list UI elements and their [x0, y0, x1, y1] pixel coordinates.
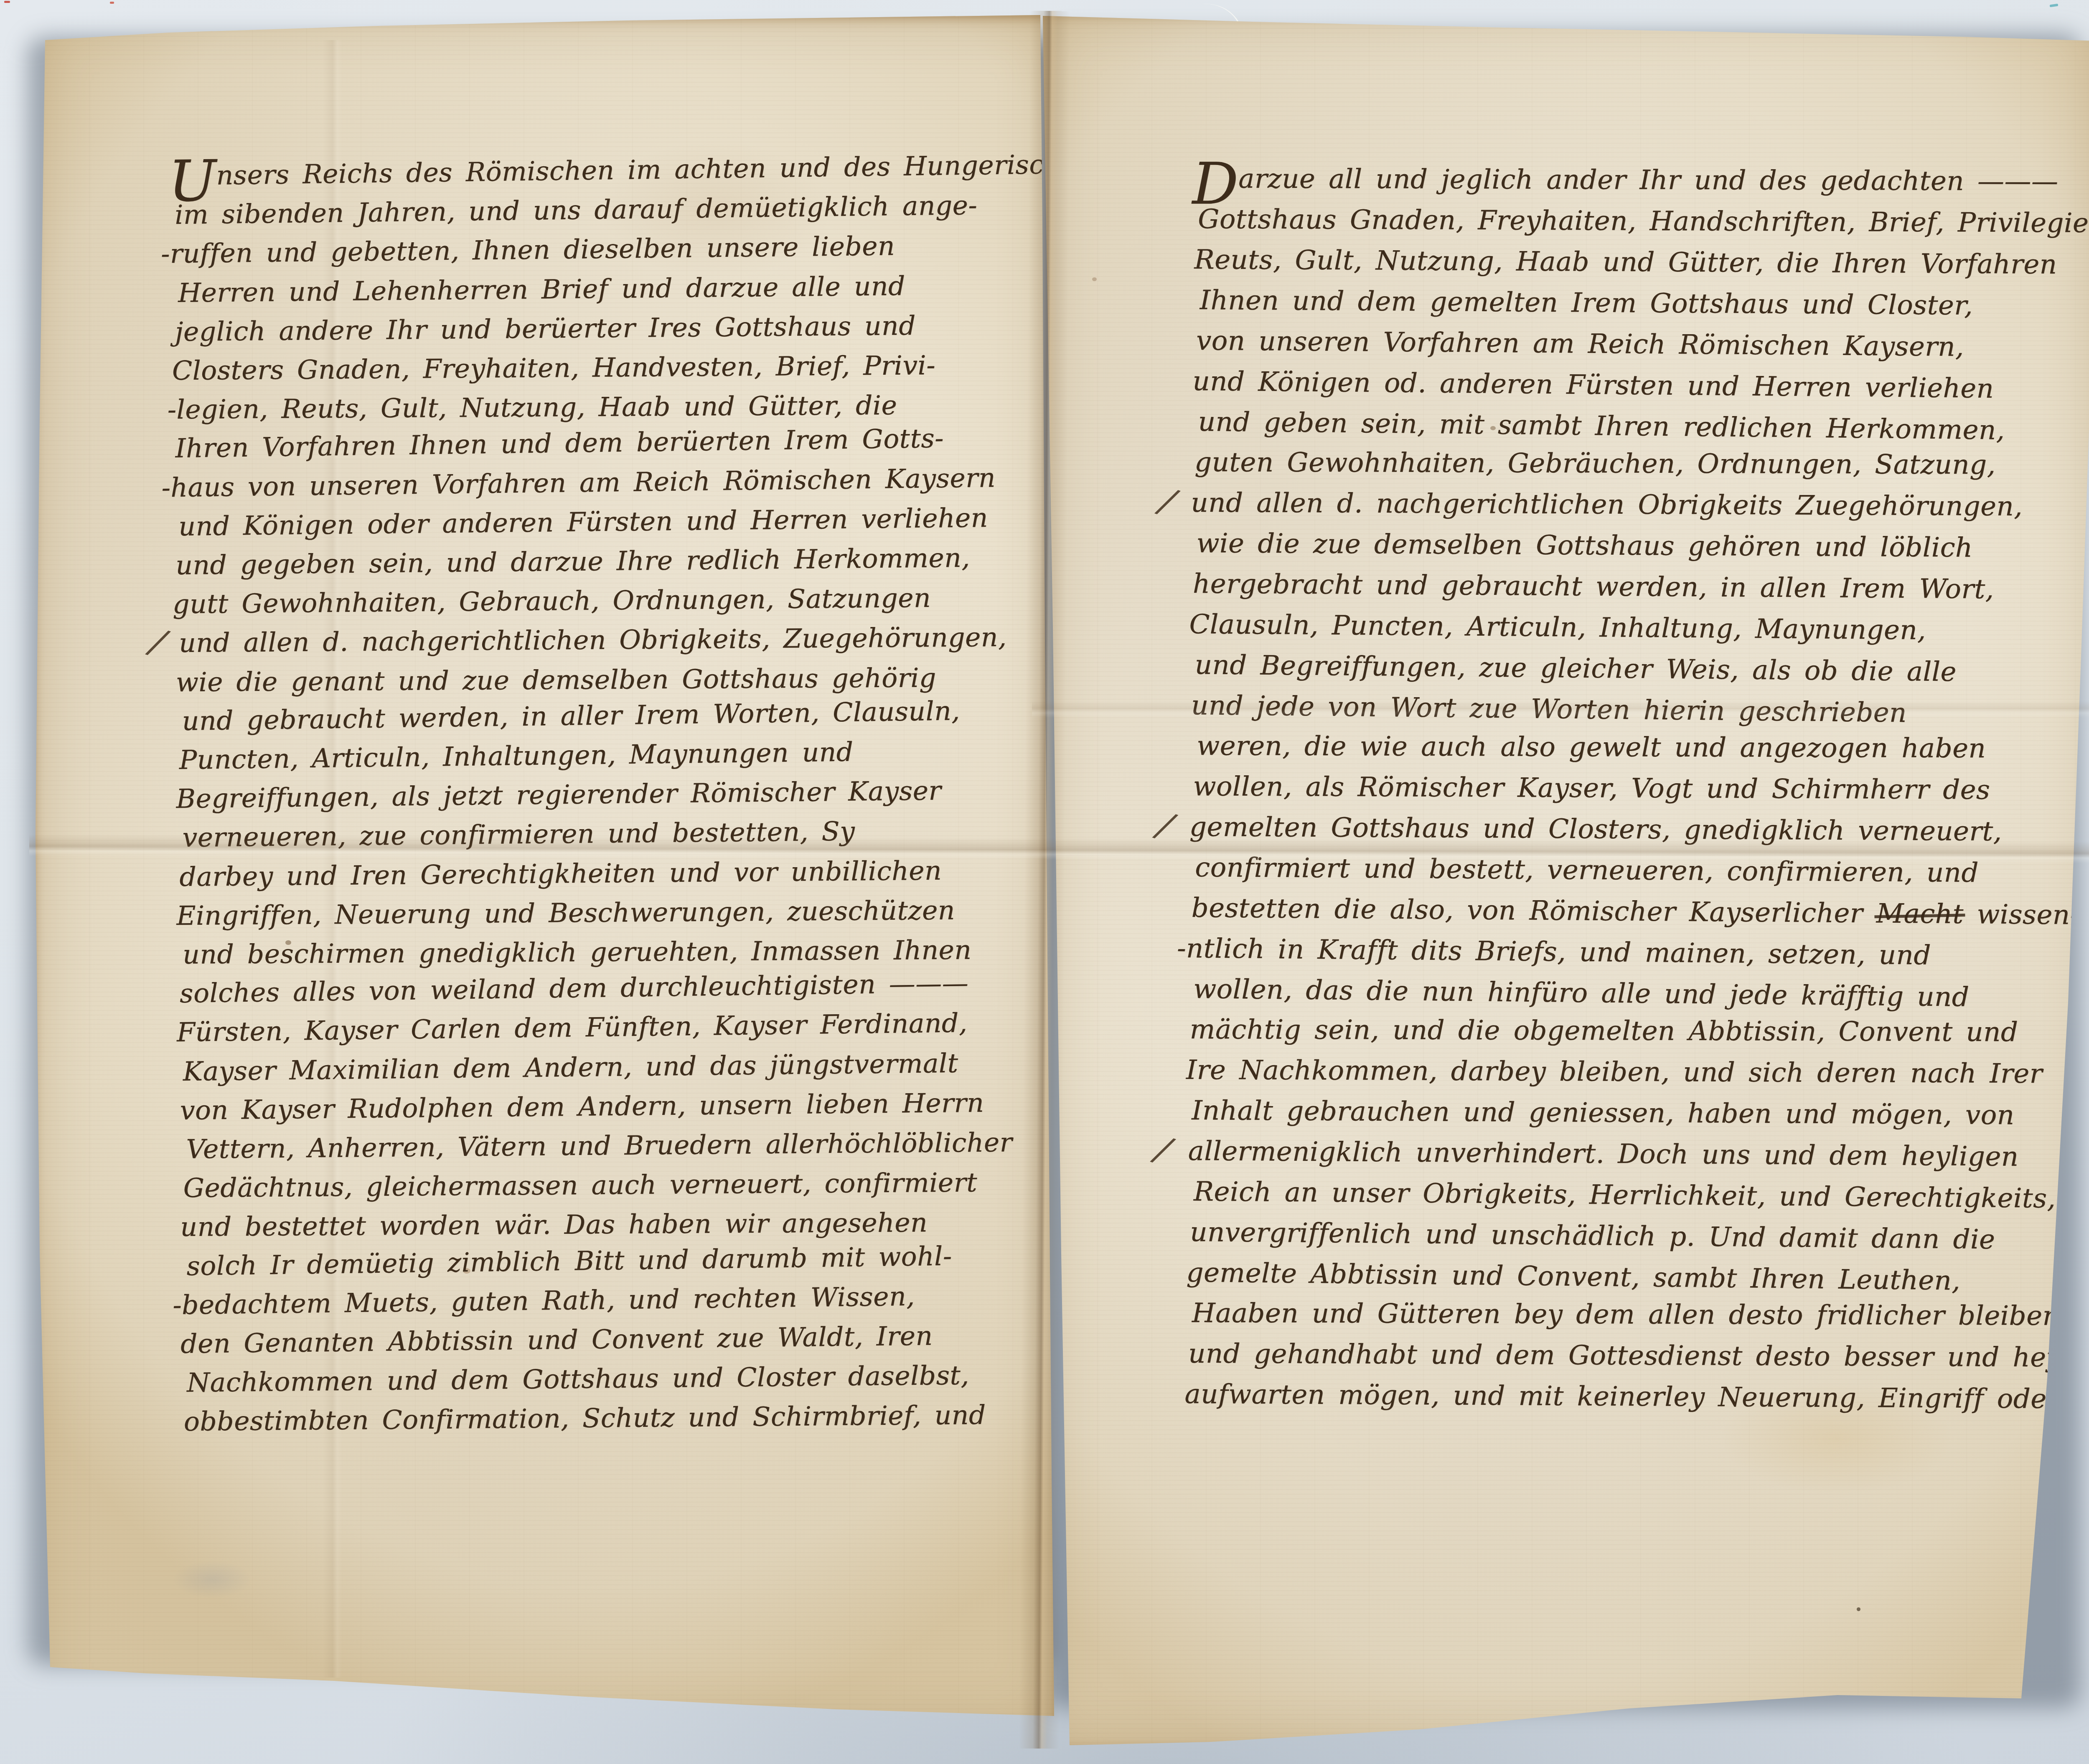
ink-stain: [1092, 277, 1097, 281]
manuscript-line: Haaben und Gütteren bey dem allen desto …: [1192, 1300, 2069, 1330]
manuscript-line: Closters Gnaden, Freyhaiten, Handvesten,…: [172, 352, 935, 384]
manuscript-page-left: Unsers Reichs des Römischen im achten un…: [35, 15, 1054, 1728]
manuscript-line: solch Ir demüetig zimblich Bitt und daru…: [186, 1243, 952, 1279]
manuscript-line: Ihren Vorfahren Ihnen und dem berüerten …: [175, 425, 944, 462]
manuscript-line: und Königen od. anderen Fürsten und Herr…: [1192, 368, 1994, 402]
manuscript-line: und gebraucht werden, in aller Irem Wort…: [182, 698, 960, 734]
manuscript-line: Gedächtnus, gleichermassen auch verneuer…: [183, 1169, 977, 1201]
manuscript-line: wollen, als Römischer Kayser, Vogt und S…: [1193, 773, 1990, 804]
manuscript-line: allermenigklich unverhindert. Doch uns u…: [1188, 1138, 2018, 1170]
manuscript-line: -ntlich in Krafft dits Briefs, und maine…: [1177, 935, 1931, 969]
margin-slash-mark: /: [1154, 807, 1177, 845]
red-speck: [110, 2, 114, 4]
manuscript-line: und allen d. nachgerichtlichen Obrigkeit…: [1191, 490, 2023, 520]
manuscript-line: den Genanten Abbtissin und Convent zue W…: [180, 1322, 933, 1357]
manuscript-line: -haus von unseren Vorfahren am Reich Röm…: [161, 464, 996, 501]
manuscript-line: Reuts, Gult, Nutzung, Haab und Gütter, d…: [1194, 246, 2057, 278]
manuscript-line: hergebracht und gebraucht werden, in all…: [1193, 571, 1994, 603]
manuscript-line: Gottshaus Gnaden, Freyhaiten, Handschrif…: [1198, 206, 2089, 237]
manuscript-line: wie die genant und zue demselben Gottsha…: [176, 665, 936, 695]
manuscript-line: Nachkommen und dem Gottshaus und Closter…: [187, 1362, 969, 1396]
blue-smudge: [173, 1561, 252, 1598]
manuscript-line: Inhalt gebrauchen und geniessen, haben u…: [1192, 1097, 2015, 1129]
manuscript-line: gutt Gewohnhaiten, Gebrauch, Ordnungen, …: [173, 585, 931, 617]
margin-slash-mark: /: [1156, 482, 1179, 520]
manuscript-line: und geben sein, mit sambt Ihren redliche…: [1198, 409, 2005, 444]
manuscript-line: Unsers Reichs des Römischen im achten un…: [168, 151, 1094, 189]
manuscript-line: Herren und Lehenherren Brief und darzue …: [178, 273, 905, 306]
manuscript-line: Kayser Maximilian dem Andern, und das jü…: [183, 1050, 958, 1085]
manuscript-line: solches alles von weiland dem durchleuch…: [180, 970, 969, 1007]
manuscript-line: Reich an unser Obrigkeits, Herrlichkeit,…: [1194, 1178, 2056, 1212]
manuscript-line: wollen, das die nun hinfüro alle und jed…: [1193, 976, 1970, 1011]
manuscript-line: und allen d. nachgerichtlichen Obrigkeit…: [179, 624, 1007, 656]
manuscript-line: im sibenden Jahren, und uns darauf demüe…: [175, 192, 978, 228]
manuscript-line: -ruffen und gebetten, Ihnen dieselben un…: [161, 233, 895, 267]
manuscript-line: obbestimbten Confirmation, Schutz und Sc…: [184, 1402, 986, 1435]
manuscript-line: Clausuln, Puncten, Articuln, Inhaltung, …: [1189, 611, 1926, 644]
manuscript-line: und gehandhabt und dem Gottesdienst dest…: [1188, 1340, 2089, 1372]
manuscript-line: Eingriffen, Neuerung und Beschwerungen, …: [176, 897, 955, 929]
manuscript-line: weren, die wie auch also gewelt und ange…: [1197, 733, 1986, 762]
manuscript-line: Fürsten, Kayser Carlen dem Fünften, Kays…: [177, 1010, 968, 1046]
manuscript-line: darbey und Iren Gerechtigkheiten und vor…: [179, 858, 942, 890]
manuscript-line: Darzue all und jeglich ander Ihr und des…: [1192, 165, 2059, 195]
manuscript-line: von Kayser Rudolphen dem Andern, unsern …: [180, 1089, 984, 1123]
manuscript-line: bestetten die also, von Römischer Kayser…: [1191, 895, 2079, 929]
manuscript-line: -legien, Reuts, Gult, Nutzung, Haab und …: [167, 392, 897, 423]
manuscript-line: mächtig sein, und die obgemelten Abbtiss…: [1189, 1016, 2018, 1046]
manuscript-line: jeglich andere Ihr und berüerter Ires Go…: [175, 312, 916, 345]
manuscript-line: und Königen oder anderen Fürsten und Her…: [178, 505, 988, 540]
teal-speck: [2050, 4, 2059, 8]
manuscript-line: verneueren, zue confirmieren und bestett…: [182, 818, 855, 850]
margin-slash-mark: /: [147, 623, 169, 661]
manuscript-page-right: Darzue all und jeglich ander Ihr und des…: [1043, 12, 2089, 1747]
struck-word: Macht: [1876, 898, 1964, 930]
manuscript-line: aufwarten mögen, und mit keinerley Neuer…: [1184, 1381, 2059, 1413]
manuscript-line: und Begreiffungen, zue gleicher Weis, al…: [1194, 652, 1957, 685]
manuscript-line: unvergriffenlich und unschädlich p. Und …: [1190, 1219, 1995, 1253]
manuscript-line: und jede von Wort zue Worten hierin gesc…: [1191, 692, 1907, 726]
red-speck: [4, 1, 10, 3]
manuscript-line: Ihnen und dem gemelten Irem Gottshaus un…: [1200, 287, 1973, 319]
manuscript-line: und beschirmen gnedigklich geruehten, In…: [183, 937, 971, 968]
manuscript-line: gemelte Abbtissin und Convent, sambt Ihr…: [1186, 1259, 1960, 1294]
manuscript-line: Puncten, Articuln, Inhaltungen, Maynunge…: [179, 739, 853, 773]
manuscript-line: Ire Nachkommen, darbey bleiben, und sich…: [1186, 1057, 2043, 1087]
manuscript-line: -bedachtem Muets, guten Rath, und rechte…: [173, 1283, 915, 1318]
manuscript-line: wie die zue demselben Gottshaus gehören …: [1196, 530, 1972, 561]
manuscript-line: Vettern, Anherren, Vätern und Bruedern a…: [186, 1129, 1012, 1162]
manuscript-line: und bestettet worden wär. Das haben wir …: [180, 1209, 928, 1240]
manuscript-line: guten Gewohnhaiten, Gebräuchen, Ordnunge…: [1194, 449, 1996, 478]
photo-background: Unsers Reichs des Römischen im achten un…: [0, 0, 2089, 1764]
manuscript-line: von unseren Vorfahren am Reich Römischen…: [1196, 327, 1964, 360]
manuscript-line: gemelten Gottshaus und Closters, gnedigk…: [1189, 814, 2002, 845]
manuscript-line: und gegeben sein, und darzue Ihre redlic…: [175, 545, 970, 579]
ink-stain: [1857, 1607, 1860, 1611]
margin-slash-mark: /: [1152, 1131, 1175, 1169]
manuscript-line: Begreiffungen, als jetzt regierender Röm…: [176, 777, 941, 812]
manuscript-line: confirmiert und bestett, verneueren, con…: [1195, 854, 1979, 886]
